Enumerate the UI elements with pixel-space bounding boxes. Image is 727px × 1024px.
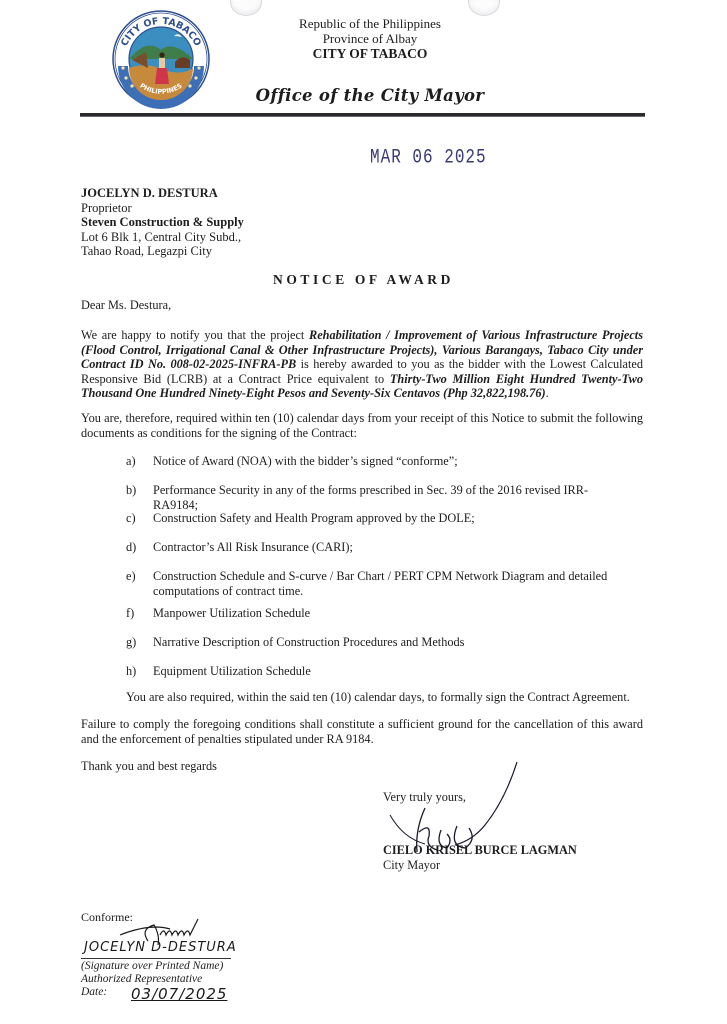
requirement-text: Contractor’s All Risk Insurance (CARI); [153, 540, 633, 555]
addressee-title: Proprietor [81, 201, 244, 216]
requirement-item: g)Narrative Description of Construction … [126, 635, 646, 665]
header-divider [80, 113, 645, 117]
requirement-label: g) [126, 635, 136, 650]
sign-contract-paragraph: You are also required, within the said t… [126, 690, 666, 705]
requirement-label: a) [126, 454, 136, 469]
requirement-text: Narrative Description of Construction Pr… [153, 635, 633, 650]
requirement-text: Construction Schedule and S-curve / Bar … [153, 569, 633, 598]
received-date-stamp: MAR 06 2025 [370, 146, 487, 169]
punch-hole [230, 0, 262, 16]
requirement-label: h) [126, 664, 136, 679]
signer-title: City Mayor [383, 858, 577, 873]
award-end-punct: . [546, 386, 549, 400]
requirement-item: c)Construction Safety and Health Program… [126, 511, 646, 541]
signer-block: CIELO KRISEL BURCE LAGMAN City Mayor [383, 843, 577, 872]
signer-name: CIELO KRISEL BURCE LAGMAN [383, 843, 577, 857]
requirement-text: Equipment Utilization Schedule [153, 664, 633, 679]
office-title: Office of the City Mayor [230, 86, 510, 105]
header-republic: Republic of the Philippines [230, 16, 510, 31]
addressee-address-line1: Lot 6 Blk 1, Central City Subd., [81, 230, 244, 245]
conforme-date: 03/07/2025 [131, 985, 227, 1003]
requirement-label: d) [126, 540, 136, 555]
addressee-company: Steven Construction & Supply [81, 215, 244, 229]
addressee-address-line2: Tahao Road, Legazpi City [81, 244, 244, 259]
addressee-name: JOCELYN D. DESTURA [81, 186, 218, 200]
failure-paragraph: Failure to comply the foregoing conditio… [81, 717, 643, 746]
requirement-item: e)Construction Schedule and S-curve / Ba… [126, 569, 646, 599]
conforme-printed-name: JOCELYN D-DESTURA [84, 940, 237, 955]
signature-caption: (Signature over Printed Name) [81, 960, 223, 973]
thanks-line: Thank you and best regards [81, 759, 643, 774]
salutation: Dear Ms. Destura, [81, 298, 171, 313]
requirement-text: Construction Safety and Health Program a… [153, 511, 633, 526]
requirement-text: Notice of Award (NOA) with the bidder’s … [153, 454, 633, 469]
header-city: CITY OF TABACO [230, 46, 510, 61]
requirement-text: Manpower Utilization Schedule [153, 606, 633, 621]
award-intro-text: We are happy to notify you that the proj… [81, 328, 309, 342]
requirement-item: f)Manpower Utilization Schedule [126, 606, 646, 636]
requirement-label: f) [126, 606, 134, 621]
city-seal-logo: CITY OF TABACO PHILIPPINES [112, 10, 210, 108]
requirement-label: c) [126, 511, 136, 526]
document-title: NOTICE OF AWARD [0, 272, 727, 288]
addressee-block: JOCELYN D. DESTURA Proprietor Steven Con… [81, 186, 244, 259]
requirements-intro: You are, therefore, required within ten … [81, 411, 643, 440]
award-paragraph: We are happy to notify you that the proj… [81, 328, 643, 401]
header-province: Province of Albay [230, 31, 510, 46]
requirement-label: e) [126, 569, 136, 584]
signature-line [81, 958, 231, 959]
requirement-label: b) [126, 483, 136, 498]
requirement-text: Performance Security in any of the forms… [153, 483, 633, 512]
requirement-item: b)Performance Security in any of the for… [126, 483, 646, 513]
requirement-item: d)Contractor’s All Risk Insurance (CARI)… [126, 540, 646, 570]
requirement-item: a)Notice of Award (NOA) with the bidder’… [126, 454, 646, 484]
punch-hole [468, 0, 500, 16]
